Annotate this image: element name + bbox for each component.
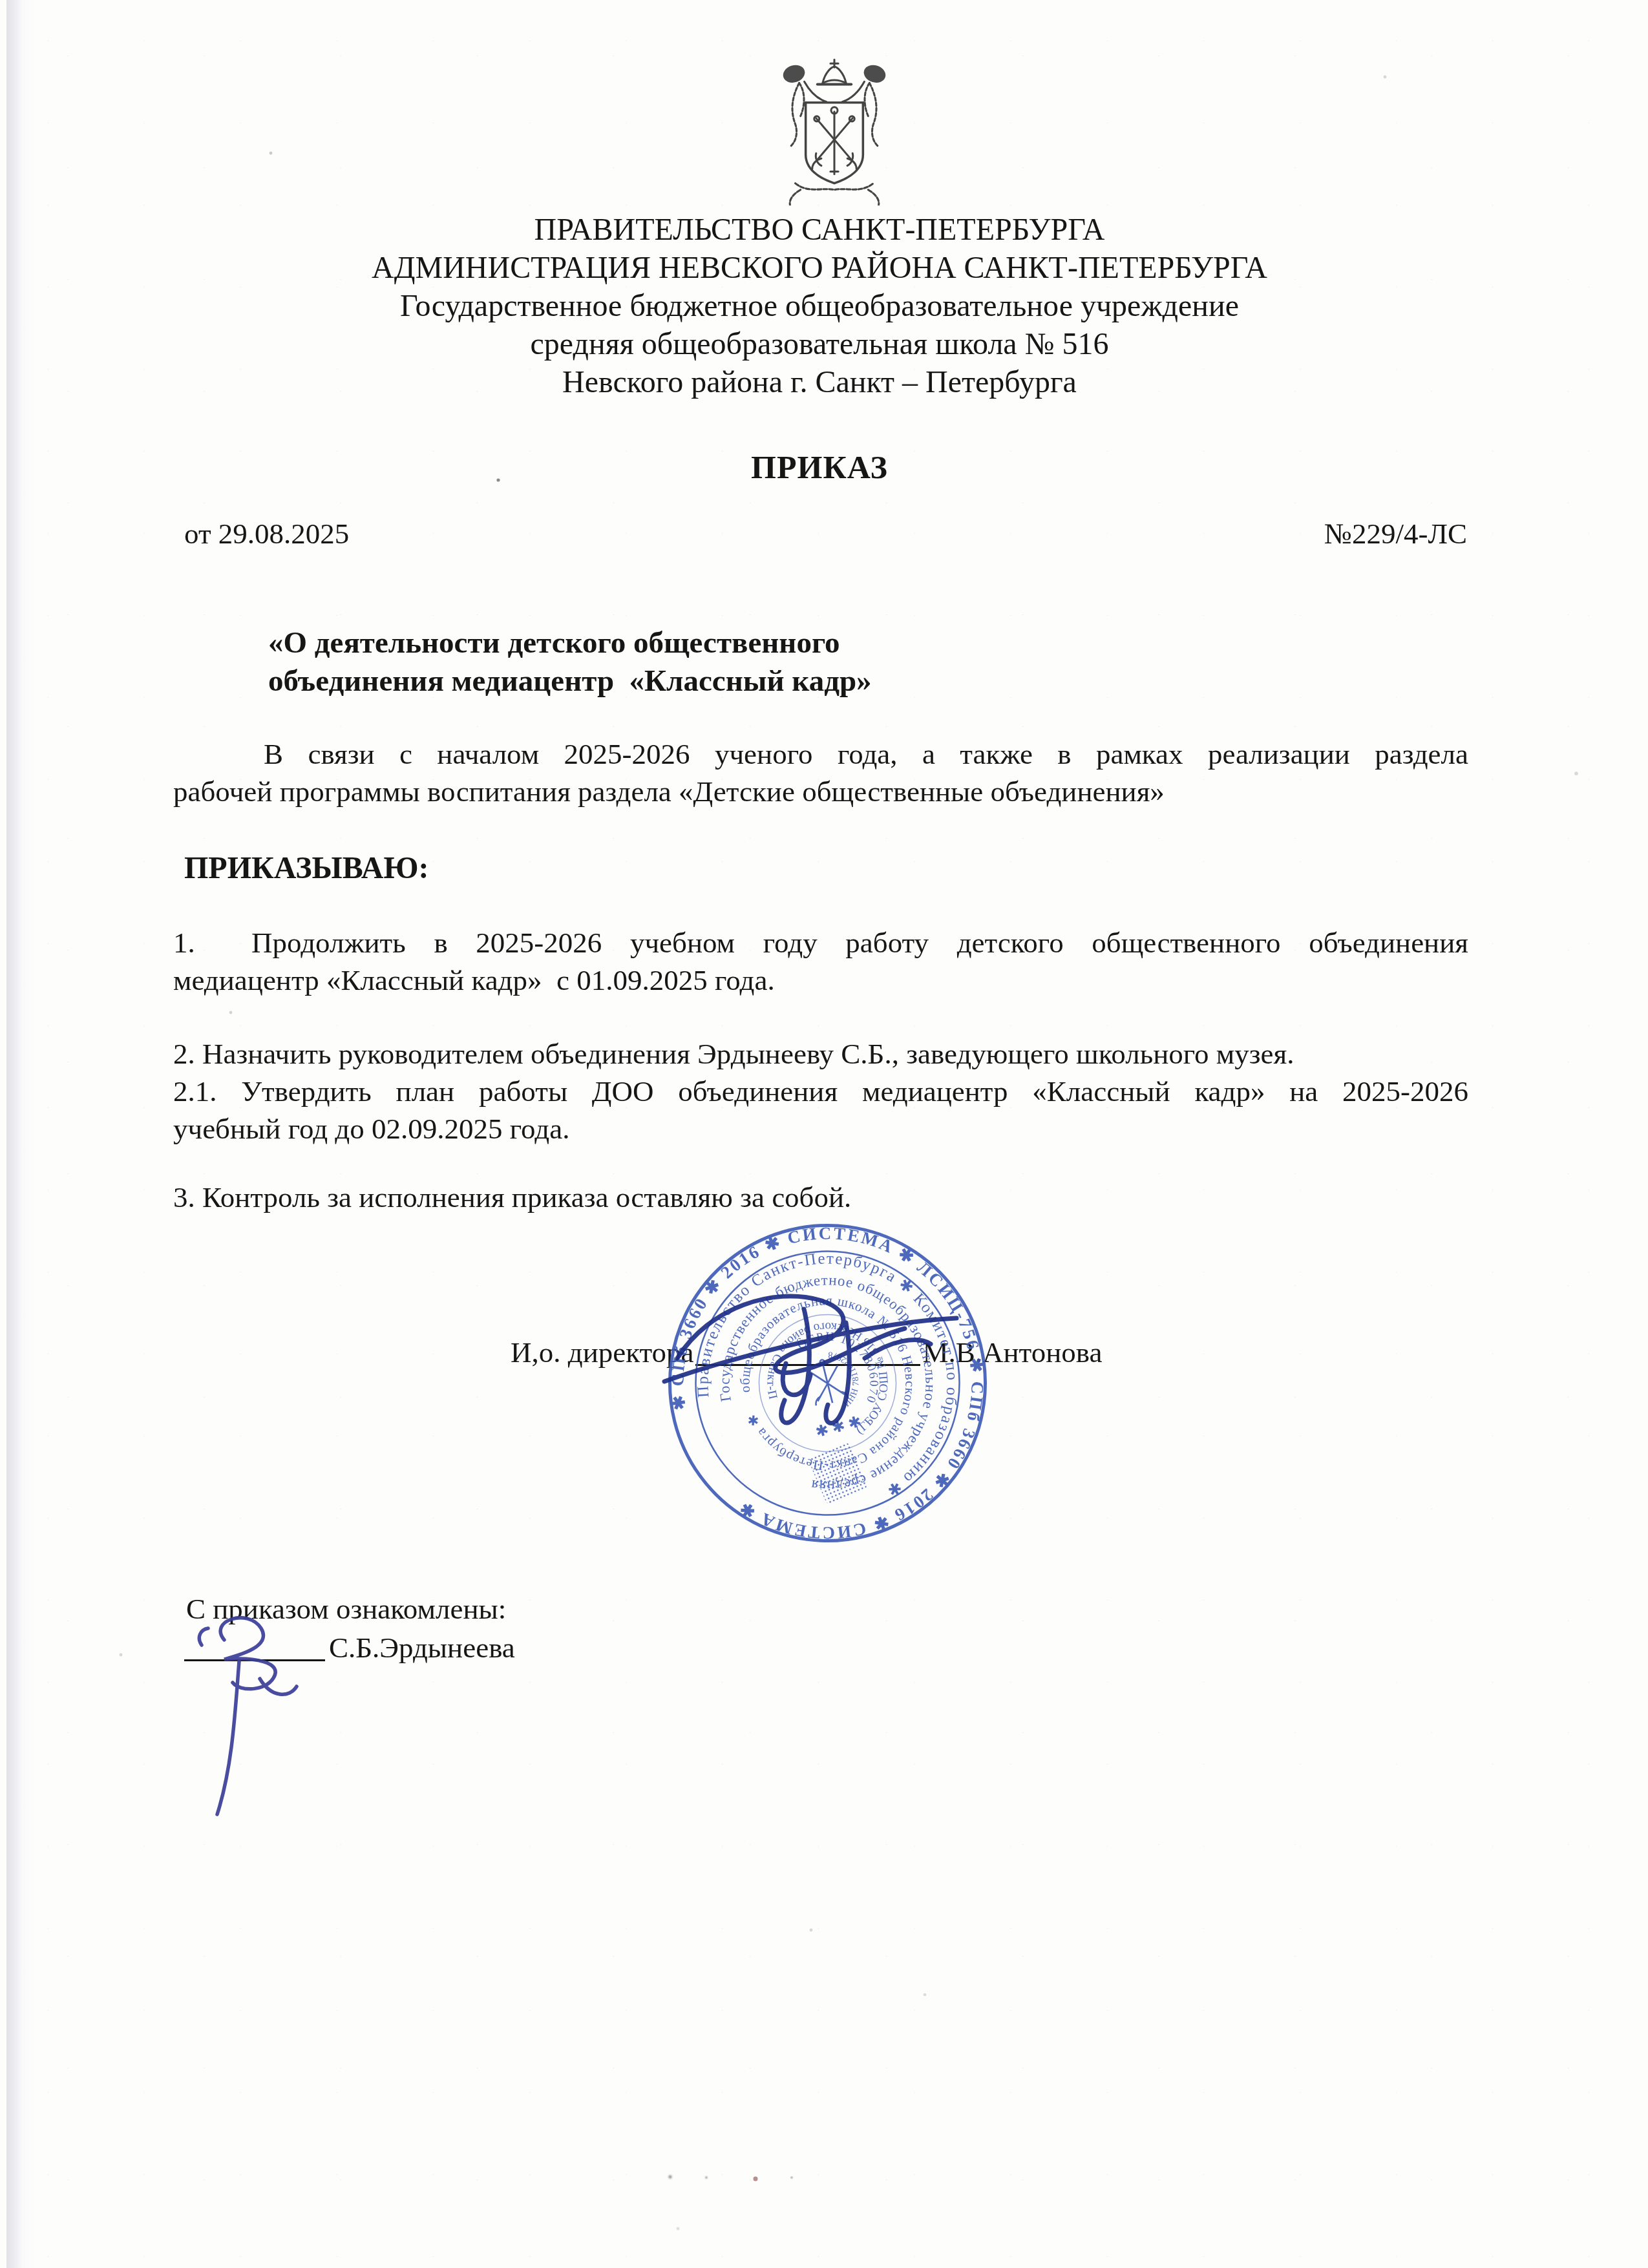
doc-meta-row: от 29.08.2025 №229/4-ЛС (184, 517, 1467, 551)
subject-line: объединения медиацентр «Классный кадр» (268, 662, 872, 700)
org-header: ПРАВИТЕЛЬСТВО САНКТ-ПЕТЕРБУРГА АДМИНИСТР… (0, 211, 1639, 401)
order-item-line: медиацентр «Классный кадр» с 01.09.2025 … (173, 961, 1468, 999)
order-item-line: 2. Назначить руководителем объединения Э… (173, 1035, 1468, 1073)
order-item-1: 1. Продолжить в 2025-2026 учебном году р… (173, 924, 1468, 999)
order-item-line: 3. Контроль за исполнения приказа оставл… (173, 1179, 1468, 1216)
org-header-line: Государственное бюджетное общеобразовате… (0, 287, 1639, 325)
intro-line: рабочей программы воспитания раздела «Де… (173, 773, 1468, 810)
order-word: ПРИКАЗЫВАЮ: (184, 850, 428, 886)
intro-line: В связи с началом 2025-2026 ученого года… (173, 735, 1468, 773)
doc-number: №229/4-ЛС (1324, 517, 1467, 551)
doc-date: от 29.08.2025 (184, 517, 349, 551)
order-item-line: учебный год до 02.09.2025 года. (173, 1110, 1468, 1148)
doc-subject: «О деятельности детского общественного о… (268, 624, 872, 700)
org-header-line: АДМИНИСТРАЦИЯ НЕВСКОГО РАЙОНА САНКТ-ПЕТЕ… (0, 249, 1639, 287)
spb-coat-of-arms-emblem (750, 56, 919, 205)
order-item-line: 2.1. Утвердить план работы ДОО объединен… (173, 1073, 1468, 1110)
org-header-line: ПРАВИТЕЛЬСТВО САНКТ-ПЕТЕРБУРГА (0, 211, 1639, 249)
order-item-2-group: 2. Назначить руководителем объединения Э… (173, 1035, 1468, 1148)
document-page: ПРАВИТЕЛЬСТВО САНКТ-ПЕТЕРБУРГА АДМИНИСТР… (0, 0, 1648, 2268)
subject-line: «О деятельности детского общественного (268, 624, 872, 662)
intro-paragraph: В связи с началом 2025-2026 ученого года… (173, 735, 1468, 810)
order-item-3: 3. Контроль за исполнения приказа оставл… (173, 1179, 1468, 1216)
scan-noise-specks (0, 0, 1, 1)
order-item-line: 1. Продолжить в 2025-2026 учебном году р… (173, 924, 1468, 961)
director-handwritten-signature (651, 1261, 988, 1455)
acknowledgement-name: С.Б.Эрдынеева (329, 1632, 515, 1664)
org-header-line: средняя общеобразовательная школа № 516 (0, 325, 1639, 363)
acknowledgement-handwritten-signature (163, 1600, 357, 1832)
doc-title: ПРИКАЗ (0, 448, 1639, 486)
org-header-line: Невского района г. Санкт – Петербурга (0, 363, 1639, 401)
